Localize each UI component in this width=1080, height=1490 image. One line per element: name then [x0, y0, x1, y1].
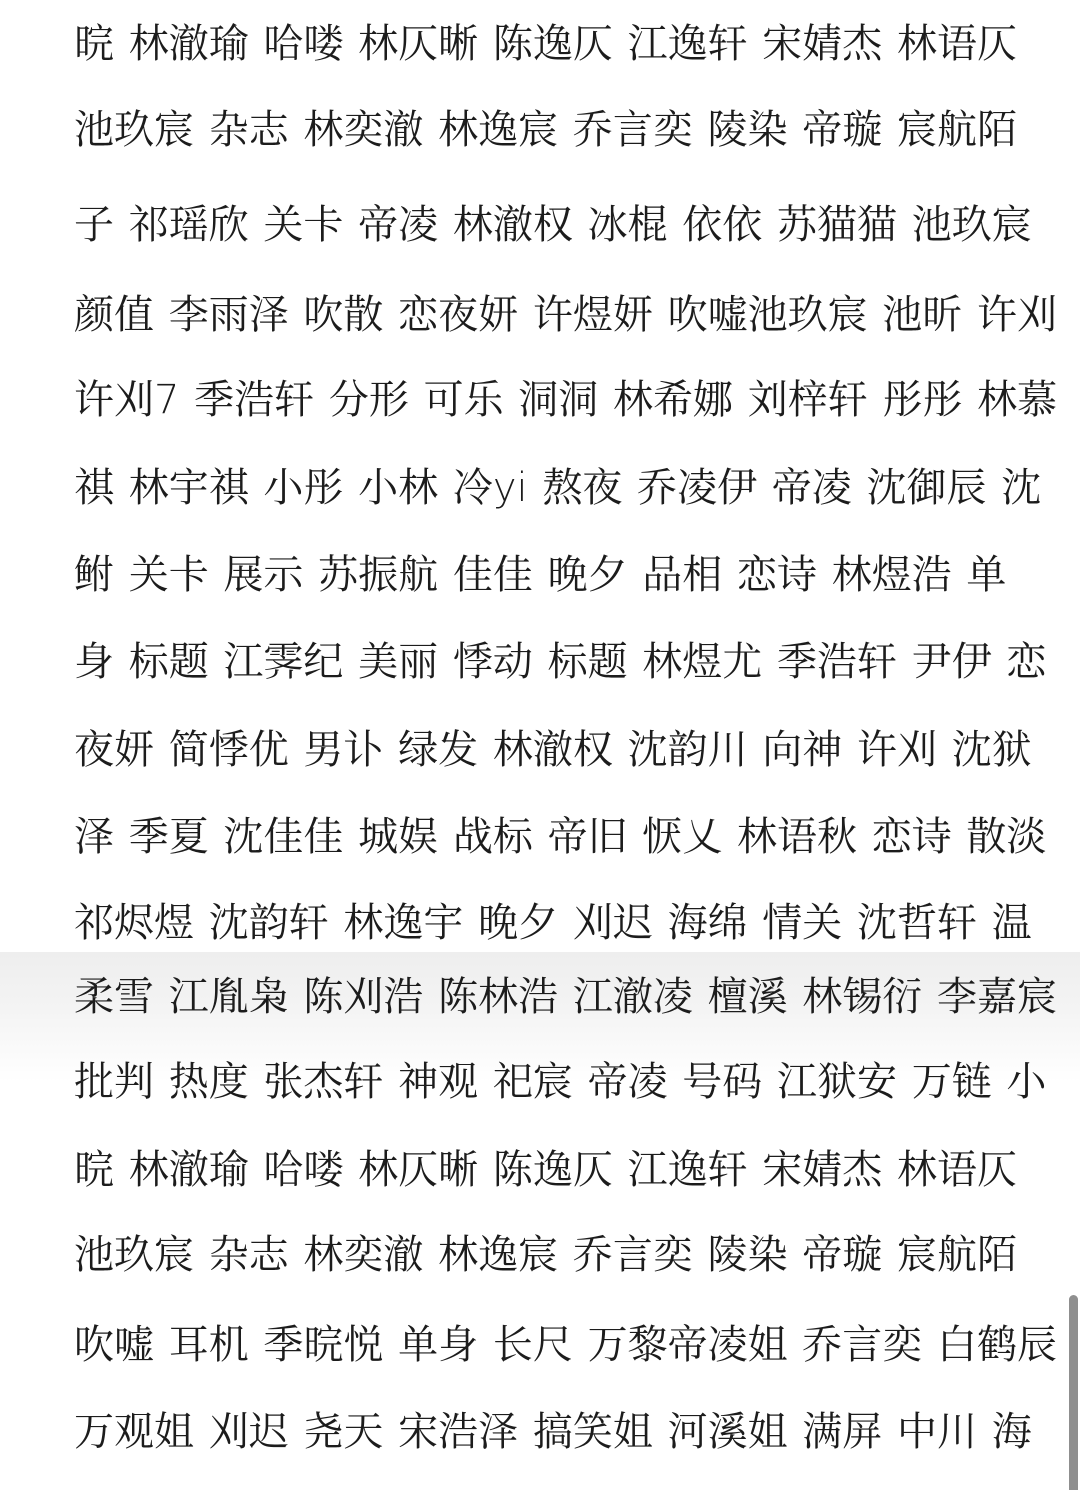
text-line: 子 祁瑶欣 关卡 帝凌 林澈权 冰棍 依依 苏猫猫 池玖宸: [74, 195, 1032, 255]
document-page: 晥 林澈瑜 哈喽 林仄晰 陈逸仄 江逸轩 宋婧杰 林语仄 池玖宸 杂志 林奕澈 …: [0, 0, 1080, 1490]
text-line: 柔雪 江胤枭 陈刈浩 陈林浩 江澈凌 檀溪 林锡衍 李嘉宸: [74, 967, 1057, 1027]
scrollbar-thumb[interactable]: [1069, 1295, 1078, 1490]
text-line: 许刈7 季浩轩 分形 可乐 洞洞 林希娜 刘梓轩 彤彤 林慕: [74, 370, 1057, 430]
text-line: 颜值 李雨泽 吹散 恋夜妍 许煜妍 吹嘘池玖宸 池昕 许刈: [74, 285, 1057, 345]
text-line: 泽 季夏 沈佳佳 城娱 战标 帝旧 恹乂 林语秋 恋诗 散淡: [74, 807, 1046, 867]
text-line: 祁烬煜 沈韵轩 林逸宇 晚夕 刈迟 海绵 情关 沈哲轩 温: [74, 893, 1032, 953]
text-line: 池玖宸 杂志 林奕澈 林逸宸 乔言奕 陵染 帝璇 宸航陌: [74, 100, 1017, 160]
text-line: 批判 热度 张杰轩 神观 祀宸 帝凌 号码 江狱安 万链 小: [74, 1052, 1046, 1112]
vertical-scrollbar[interactable]: [1064, 0, 1080, 1490]
text-line: 吹嘘 耳机 季晥悦 单身 长尺 万黎帝凌姐 乔言奕 白鹤辰: [74, 1315, 1057, 1375]
text-line: 夜妍 简悸优 男讣 绿发 林澈权 沈韵川 向神 许刈 沈狱: [74, 720, 1032, 780]
text-line: 万观姐 刈迟 尧天 宋浩泽 搞笑姐 河溪姐 满屏 中川 海: [74, 1402, 1032, 1462]
text-line: 身 标题 江霁纪 美丽 悸动 标题 林煜尤 季浩轩 尹伊 恋: [74, 632, 1046, 692]
text-line: 池玖宸 杂志 林奕澈 林逸宸 乔言奕 陵染 帝璇 宸航陌: [74, 1225, 1017, 1285]
text-line: 晥 林澈瑜 哈喽 林仄晰 陈逸仄 江逸轩 宋婧杰 林语仄: [74, 1140, 1017, 1200]
text-line: 鲋 关卡 展示 苏振航 佳佳 晚夕 品相 恋诗 林煜浩 单: [74, 545, 1006, 605]
text-line: 晥 林澈瑜 哈喽 林仄晰 陈逸仄 江逸轩 宋婧杰 林语仄: [74, 14, 1017, 74]
text-line: 祺 林宇祺 小彤 小林 冷yi 熬夜 乔凌伊 帝凌 沈御辰 沈: [74, 458, 1041, 518]
